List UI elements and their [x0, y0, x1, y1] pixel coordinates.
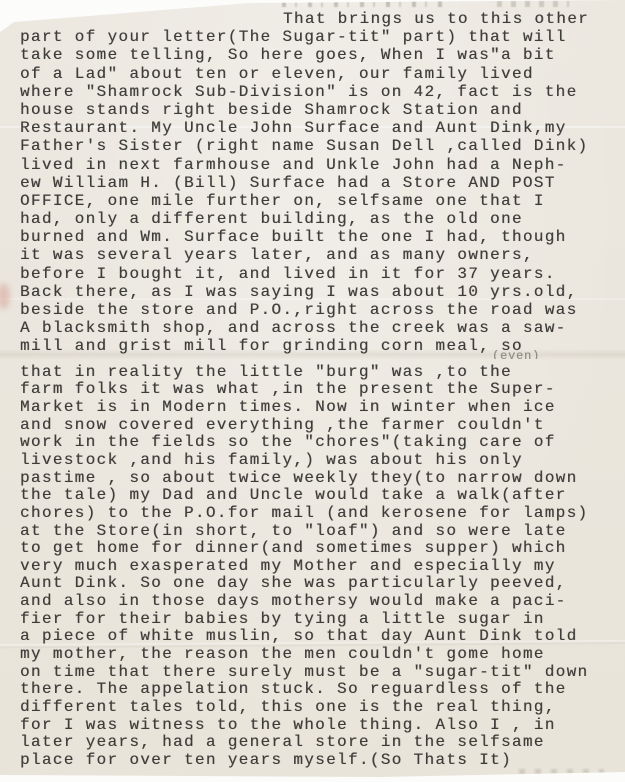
text-line: OFFICE, one mile further on, selfsame on… [20, 192, 616, 210]
text-line: ew William H. (Bill) Surface had a Store… [20, 174, 616, 192]
letter-page: That brings us to this otherpart of your… [0, 0, 625, 782]
text-line: Market is in Modern times. Now in winter… [20, 399, 616, 417]
text-line: chores) to the P.O.for mail (and kerosen… [20, 505, 616, 523]
interline-note: (even) [492, 349, 540, 359]
text-line: different tales told, this one is the re… [20, 699, 616, 717]
text-line: of a Lad" about ten or eleven, our famil… [20, 65, 616, 83]
text-line: fier for their babies by tying a little … [20, 611, 616, 629]
text-line: lived in next farmhouse and Unkle John h… [20, 156, 616, 174]
text-line: there. The appelation stuck. So reguardl… [20, 681, 616, 699]
text-line: A blacksmith shop, and across the creek … [20, 319, 616, 337]
text-line: my mother, the reason the men couldn't g… [20, 646, 616, 664]
text-line: for I was witness to the whole thing. Al… [20, 717, 616, 735]
text-line: take some telling, So here goes, When I … [20, 46, 616, 64]
text-line: livestock ,and his family,) was about hi… [20, 452, 616, 470]
text-line: Aunt Dink. So one day she was particular… [20, 575, 616, 593]
scan-smudge [519, 769, 604, 774]
text-line: place for over ten years myself.(So That… [20, 752, 616, 770]
text-line: later years, had a general store in the … [20, 734, 616, 752]
text-line: it was several years later, and as many … [20, 246, 616, 264]
text-line: house stands right beside Shamrock Stati… [20, 101, 616, 119]
paper-stain [0, 283, 10, 309]
text-line: burned and Wm. Surface built the one I h… [20, 228, 616, 246]
paragraph-2: that in reality the little "burg" was ,t… [20, 364, 616, 770]
paragraph-1: That brings us to this otherpart of your… [20, 10, 616, 356]
text-line: Restaurant. My Uncle John Surface and Au… [20, 119, 616, 137]
text-line: Father's Sister (right name Susan Dell ,… [20, 137, 616, 155]
text-line: pastime , so about twice weekly they(to … [20, 470, 616, 488]
text-line: had, only a different building, as the o… [20, 210, 616, 228]
text-line: Back there, as I was saying I was about … [20, 283, 616, 301]
text-line: where "Shamrock Sub-Division" is on 42, … [20, 83, 616, 101]
text-line: on time that there surely must be a "sug… [20, 664, 616, 682]
text-line: before I bought it, and lived in it for … [20, 265, 616, 283]
text-line: the tale) my Dad and Uncle would take a … [20, 487, 616, 505]
text-line: very much exasperated my Mother and espe… [20, 558, 616, 576]
text-line: part of your letter(The Sugar-tit" part)… [20, 28, 616, 46]
text-line: that in reality the little "burg" was ,t… [20, 364, 616, 382]
text-line: at the Store(in short, to "loaf") and so… [20, 523, 616, 541]
text-line: beside the store and P.O.,right across t… [20, 301, 616, 319]
text-line: work in the fields so the "chores"(takin… [20, 434, 616, 452]
text-line: farm folks it was what ,in the present t… [20, 381, 616, 399]
text-line: and also in those days mothersy would ma… [20, 593, 616, 611]
text-line: to get home for dinner(and sometimes sup… [20, 540, 616, 558]
text-line: a piece of white muslin, so that day Aun… [20, 628, 616, 646]
scan-cutoff-text-fragment [497, 1, 569, 7]
scan-cutoff-text-fragment [282, 0, 447, 7]
scanned-letter: That brings us to this otherpart of your… [0, 0, 625, 782]
text-line: and snow covered everything ,the farmer … [20, 417, 616, 435]
letter-body: That brings us to this otherpart of your… [20, 10, 616, 769]
text-line: That brings us to this other [20, 10, 616, 28]
